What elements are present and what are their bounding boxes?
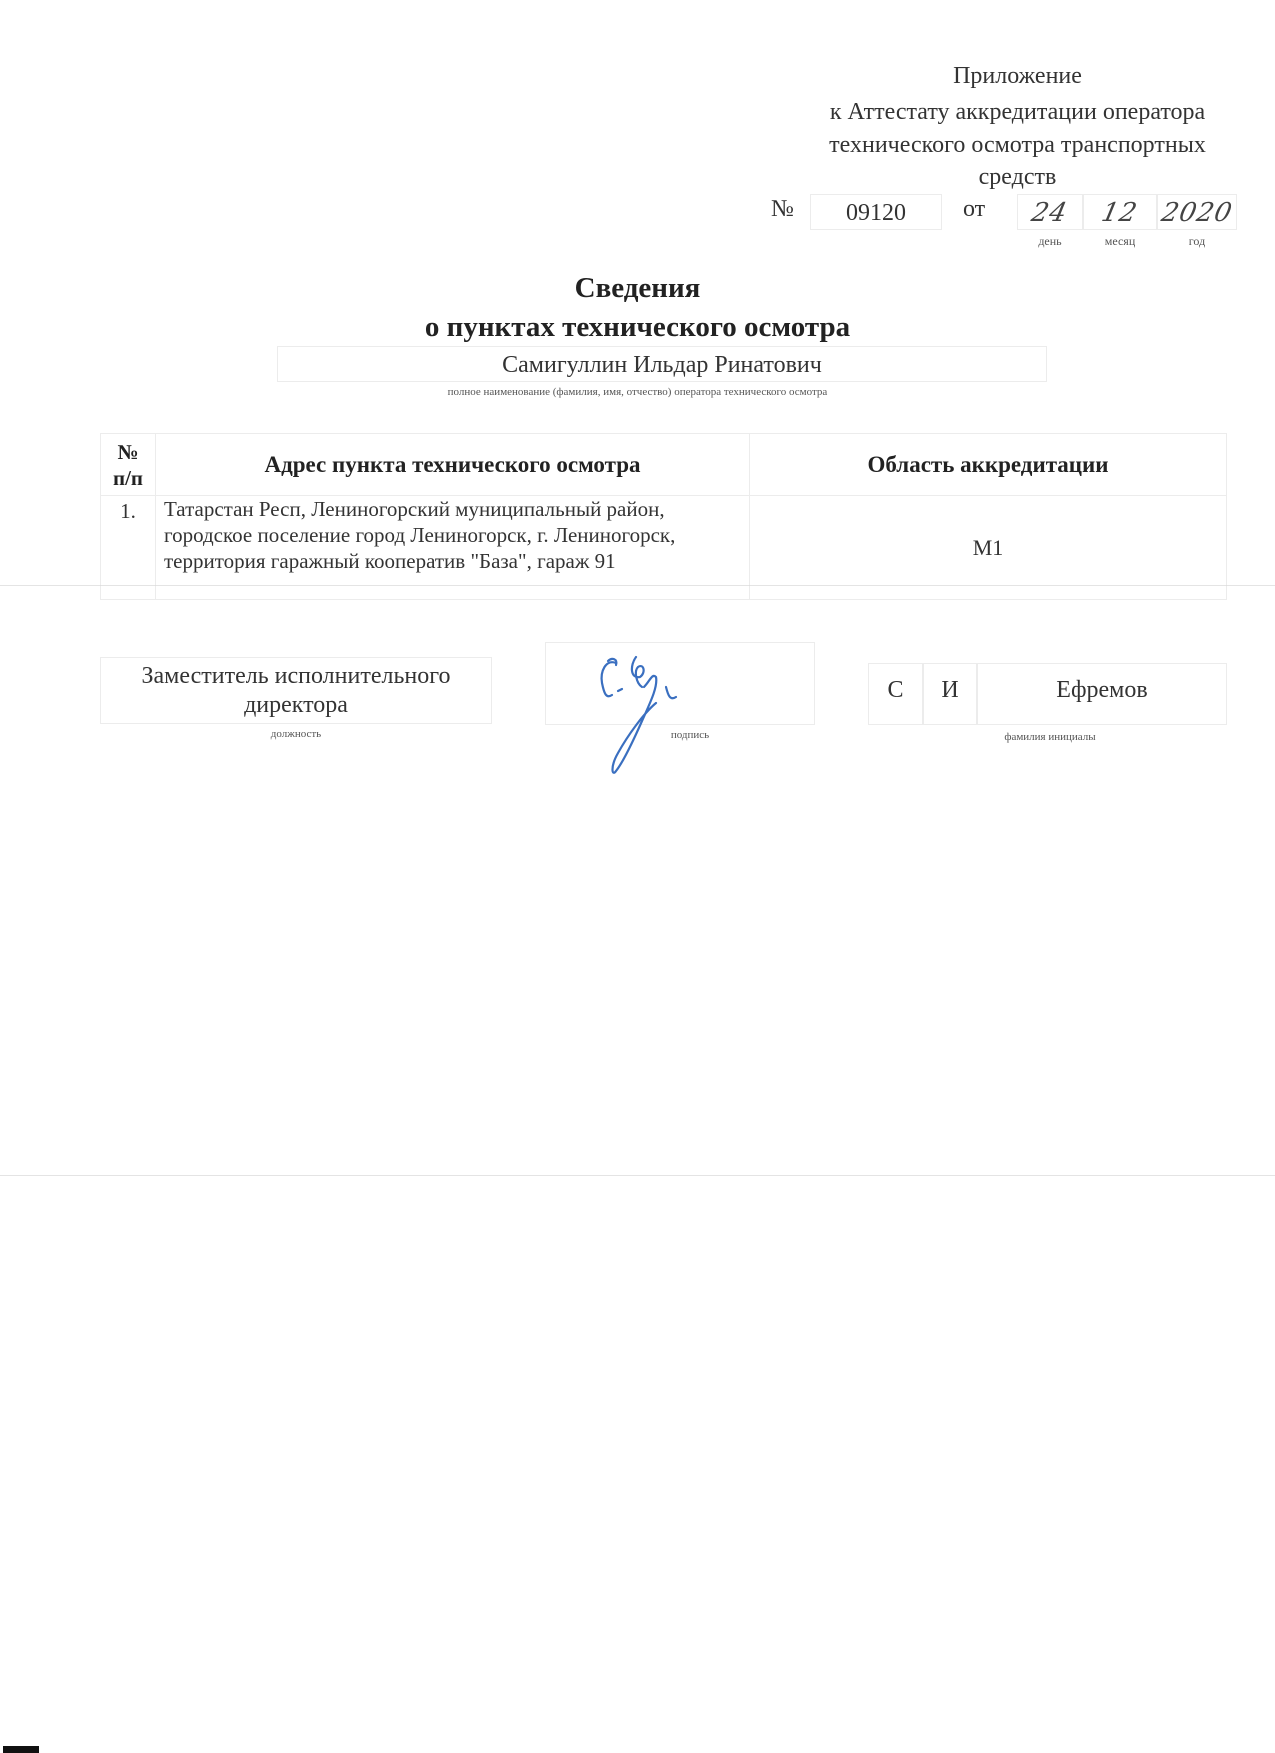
date-year-field: 2020 — [1157, 194, 1237, 230]
appendix-line-3: технического осмотра транспортных — [760, 131, 1275, 160]
handwritten-signature-icon — [546, 643, 816, 783]
day-caption: день — [1017, 234, 1083, 249]
fold-line-2 — [0, 1175, 1275, 1176]
date-month: 12 — [1099, 195, 1142, 231]
fold-line-1 — [0, 585, 1275, 586]
column-header-address: Адрес пункта технического осмотра — [156, 434, 750, 496]
year-caption: год — [1157, 234, 1237, 249]
row-accreditation-area: М1 — [750, 496, 1227, 600]
certificate-number: 09120 — [810, 194, 942, 230]
position-caption: должность — [100, 728, 492, 740]
date-day: 24 — [1029, 195, 1072, 231]
appendix-title: Приложение — [760, 62, 1275, 91]
name-caption: фамилия инициалы — [900, 731, 1200, 743]
signer-initial-patronymic: И — [923, 663, 977, 725]
operator-caption: полное наименование (фамилия, имя, отчес… — [0, 386, 1275, 398]
row-number: 1. — [101, 496, 156, 600]
document-subtitle: о пунктах технического осмотра — [0, 311, 1275, 344]
month-caption: месяц — [1083, 234, 1157, 249]
signer-initial-first: С — [868, 663, 923, 725]
table-row: 1. Татарстан Респ, Лениногорский муницип… — [101, 496, 1227, 600]
appendix-line-4: средств — [760, 163, 1275, 192]
appendix-line-2: к Аттестату аккредитации оператора — [760, 98, 1275, 127]
signature-caption: подпись — [650, 729, 730, 741]
operator-name: Самигуллин Ильдар Ринатович — [277, 346, 1047, 382]
column-header-area: Область аккредитации — [750, 434, 1227, 496]
table-header-row: № п/п Адрес пункта технического осмотра … — [101, 434, 1227, 496]
column-header-number-line1: № — [102, 439, 154, 465]
column-header-number: № п/п — [101, 434, 156, 496]
from-label: от — [963, 196, 985, 223]
document-title: Сведения — [0, 272, 1275, 305]
scan-corner-mark — [3, 1746, 39, 1753]
column-header-number-line2: п/п — [102, 465, 154, 491]
signer-position: Заместитель исполнительного директора — [100, 657, 492, 724]
signer-surname: Ефремов — [977, 663, 1227, 725]
inspection-points-table: № п/п Адрес пункта технического осмотра … — [100, 433, 1227, 600]
number-label: № — [771, 196, 794, 223]
row-address: Татарстан Респ, Лениногорский муниципаль… — [156, 496, 750, 600]
date-year: 2020 — [1158, 195, 1236, 231]
signature-field — [545, 642, 815, 725]
date-day-field: 24 — [1017, 194, 1083, 230]
date-month-field: 12 — [1083, 194, 1157, 230]
